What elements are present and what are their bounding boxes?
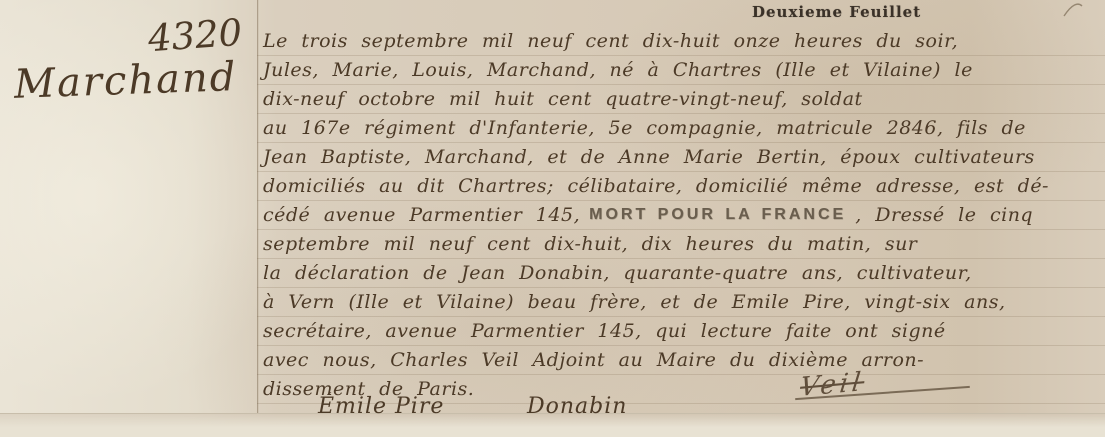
act-line: à Vern (Ille et Vilaine) beau frère, et … <box>263 288 1101 317</box>
act-line: domiciliés au dit Chartres; célibataire,… <box>263 172 1101 201</box>
act-line: septembre mil neuf cent dix-huit, dix he… <box>263 230 1101 259</box>
signature-emile-pire: Émile Pire <box>318 394 444 419</box>
margin-surname: Marchand <box>13 54 238 108</box>
act-line: Le trois septembre mil neuf cent dix-hui… <box>263 27 1101 56</box>
act-line: avec nous, Charles Veil Adjoint au Maire… <box>263 346 1101 375</box>
pen-mark <box>1058 0 1098 18</box>
act-line: Jules, Marie, Louis, Marchand, né à Char… <box>263 56 1101 85</box>
act-number: 4320 <box>147 11 244 60</box>
register-page: Deuxieme Feuillet 4320 Marchand Le trois… <box>0 0 1105 437</box>
act-body: Le trois septembre mil neuf cent dix-hui… <box>263 27 1101 404</box>
act-line: dix-neuf octobre mil huit cent quatre-vi… <box>263 85 1101 114</box>
act-line-stamp-suffix: , Dressé le cinq <box>855 201 1033 230</box>
act-line-with-stamp: cédé avenue Parmentier 145, MORT POUR LA… <box>263 201 1101 230</box>
act-line: secrétaire, avenue Parmentier 145, qui l… <box>263 317 1101 346</box>
act-line-stamp-prefix: cédé avenue Parmentier 145, <box>263 201 580 230</box>
act-line: Jean Baptiste, Marchand, et de Anne Mari… <box>263 143 1101 172</box>
mort-pour-la-france-stamp: MORT POUR LA FRANCE <box>589 206 846 224</box>
printed-header: Deuxieme Feuillet <box>752 3 921 21</box>
signature-donabin: Donabin <box>527 394 627 419</box>
act-line: la déclaration de Jean Donabin, quarante… <box>263 259 1101 288</box>
margin-divider-line <box>257 0 258 413</box>
act-line: au 167e régiment d'Infanterie, 5e compag… <box>263 114 1101 143</box>
